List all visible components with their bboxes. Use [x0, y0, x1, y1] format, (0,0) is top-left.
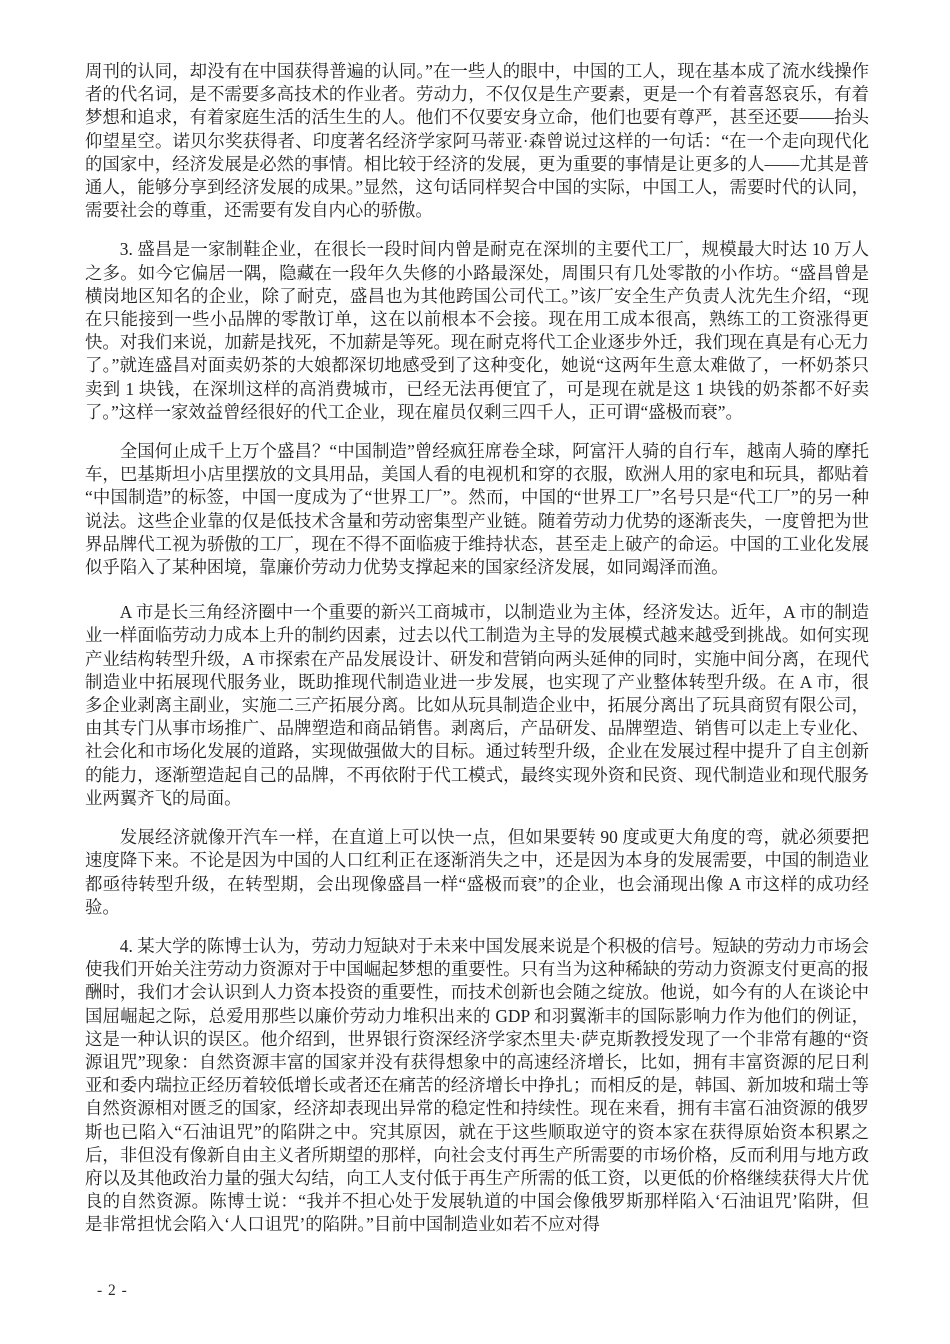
paragraph-item-4: 4. 某大学的陈博士认为，劳动力短缺对于未来中国发展来说是个积极的信号。短缺的劳…: [85, 935, 869, 1237]
paragraph-continuation: 周刊的认同，却没有在中国获得普遍的认同。”在一些人的眼中，中国的工人，现在基本成…: [85, 60, 869, 222]
paragraph-item-3: 3. 盛昌是一家制鞋企业，在很长一段时间内曾是耐克在深圳的主要代工厂，规模最大时…: [85, 238, 869, 424]
paragraph-shengchang-nationwide: 全国何止成千上万个盛昌？“中国制造”曾经疯狂席卷全球，阿富汗人骑的自行车，越南人…: [85, 440, 869, 579]
document-page: 周刊的认同，却没有在中国获得普遍的认同。”在一些人的眼中，中国的工人，现在基本成…: [0, 0, 950, 1344]
page-number: - 2 -: [97, 1282, 128, 1300]
paragraph-city-a: A 市是长三角经济圈中一个重要的新兴工商城市，以制造业为主体，经济发达。近年，A…: [85, 601, 869, 810]
document-body: 周刊的认同，却没有在中国获得普遍的认同。”在一些人的眼中，中国的工人，现在基本成…: [85, 60, 869, 1253]
paragraph-economy-analogy: 发展经济就像开汽车一样，在直道上可以快一点，但如果要转 90 度或更大角度的弯，…: [85, 826, 869, 919]
